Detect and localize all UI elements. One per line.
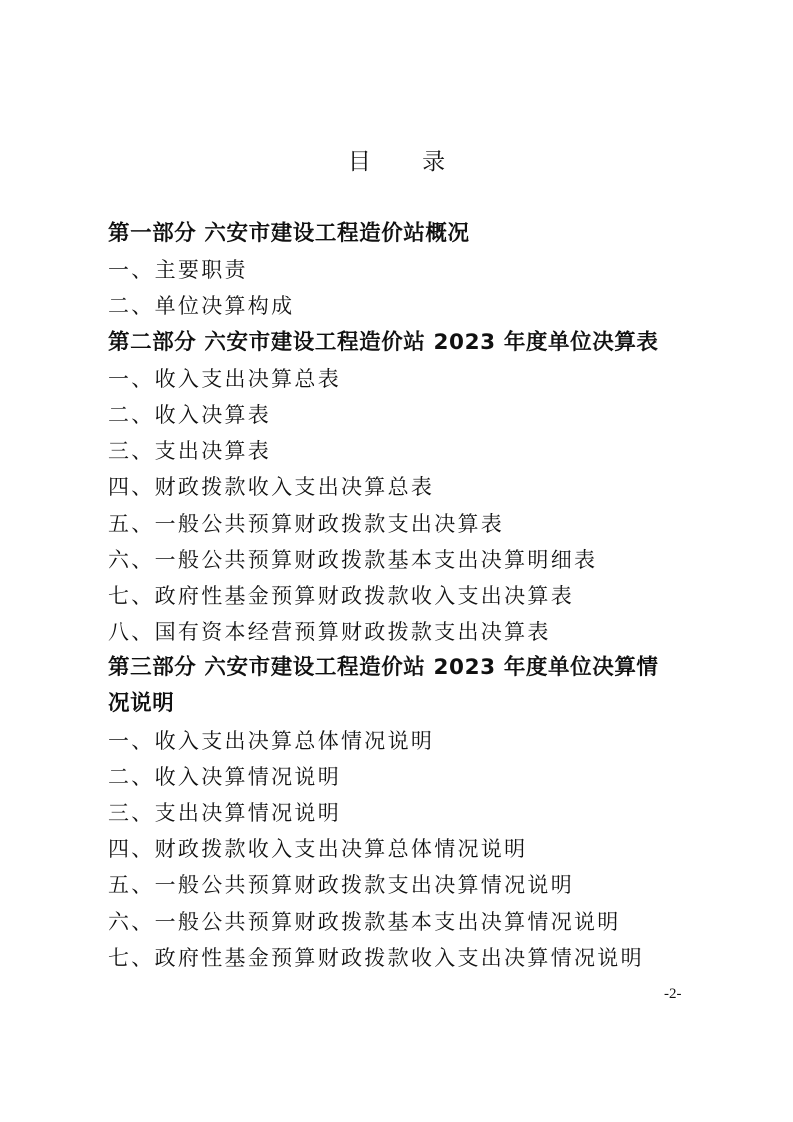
toc-item[interactable]: 二、收入决算情况说明: [108, 759, 708, 795]
toc-part-title: 六安市建设工程造价站概况: [204, 221, 469, 246]
toc-item[interactable]: 六、一般公共预算财政拨款基本支出决算情况说明: [108, 904, 708, 940]
toc-part-3-continued[interactable]: 况说明: [108, 686, 708, 722]
toc-item[interactable]: 一、收入支出决算总体情况说明: [108, 723, 708, 759]
table-of-contents: 第一部分六安市建设工程造价站概况 一、主要职责 二、单位决算构成 第二部分六安市…: [108, 216, 708, 976]
toc-item[interactable]: 二、收入决算表: [108, 397, 708, 433]
toc-item[interactable]: 五、一般公共预算财政拨款支出决算表: [108, 506, 708, 542]
toc-item[interactable]: 三、支出决算表: [108, 433, 708, 469]
toc-item[interactable]: 五、一般公共预算财政拨款支出决算情况说明: [108, 867, 708, 903]
toc-part-label: 第一部分: [108, 221, 196, 246]
toc-item[interactable]: 一、主要职责: [108, 252, 708, 288]
toc-item[interactable]: 七、政府性基金预算财政拨款收入支出决算情况说明: [108, 940, 708, 976]
toc-part-3[interactable]: 第三部分六安市建设工程造价站 2023 年度单位决算情: [108, 650, 708, 686]
page-title: 目 录: [0, 143, 793, 176]
toc-item[interactable]: 八、国有资本经营预算财政拨款支出决算表: [108, 614, 708, 650]
document-page: 目 录 第一部分六安市建设工程造价站概况 一、主要职责 二、单位决算构成 第二部…: [0, 0, 793, 1122]
toc-item[interactable]: 七、政府性基金预算财政拨款收入支出决算表: [108, 578, 708, 614]
toc-item[interactable]: 二、单位决算构成: [108, 288, 708, 324]
toc-part-label: 第二部分: [108, 330, 196, 355]
toc-part-title: 六安市建设工程造价站 2023 年度单位决算情: [204, 655, 658, 680]
toc-item[interactable]: 三、支出决算情况说明: [108, 795, 708, 831]
toc-part-title: 六安市建设工程造价站 2023 年度单位决算表: [204, 330, 658, 355]
toc-part-1[interactable]: 第一部分六安市建设工程造价站概况: [108, 216, 708, 252]
toc-part-label: 第三部分: [108, 655, 196, 680]
toc-item[interactable]: 四、财政拨款收入支出决算总表: [108, 469, 708, 505]
toc-item[interactable]: 一、收入支出决算总表: [108, 361, 708, 397]
toc-part-2[interactable]: 第二部分六安市建设工程造价站 2023 年度单位决算表: [108, 325, 708, 361]
toc-item[interactable]: 四、财政拨款收入支出决算总体情况说明: [108, 831, 708, 867]
page-number: -2-: [664, 986, 682, 1003]
toc-item[interactable]: 六、一般公共预算财政拨款基本支出决算明细表: [108, 542, 708, 578]
